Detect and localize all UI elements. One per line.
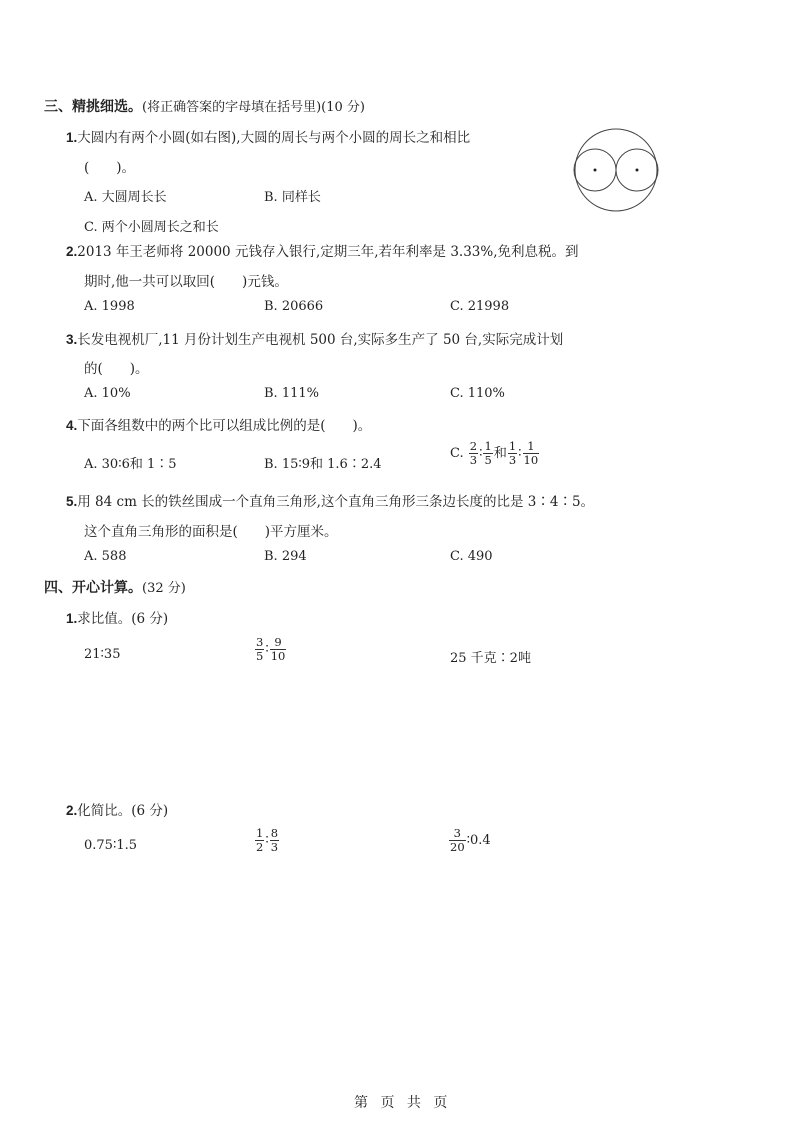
q2-number: 2. [66, 244, 77, 259]
q3-text: 长发电视机厂,11 月份计划生产电视机 500 台,实际多生产了 50 台,实际… [77, 332, 563, 348]
q1-line2: ( )。 [84, 156, 135, 176]
q1-number: 1. [66, 130, 77, 145]
ratio-rest: ∶0.4 [467, 833, 491, 848]
q5-text: 用 84 cm 长的铁丝围成一个直角三角形,这个直角三角形三条边长度的比是 3∶… [77, 494, 594, 510]
q4-option-b: B. 15∶9和 1.6∶2.4 [264, 453, 382, 472]
denominator: 10 [270, 650, 287, 663]
sub1-item-a: 21∶35 [84, 647, 120, 662]
denominator: 2 [255, 841, 264, 854]
center-dot-left [594, 169, 597, 172]
sub2-item-b: 12∶83 [254, 827, 280, 854]
q2-text: 2013 年王老师将 20000 元钱存入银行,定期三年,若年利率是 3.33%… [77, 244, 578, 260]
q2-option-c: C. 21998 [450, 299, 509, 314]
q1-text: 大圆内有两个小圆(如右图),大圆的周长与两个小圆的周长之和相比 [77, 130, 470, 146]
q3-line2: 的( )。 [84, 357, 149, 377]
sub2-number: 2. [66, 803, 77, 818]
denominator: 10 [523, 454, 540, 467]
q3-line1: 3.长发电视机厂,11 月份计划生产电视机 500 台,实际多生产了 50 台,… [66, 328, 563, 348]
numerator: 1 [255, 827, 264, 841]
sub2-title: 化简比。(6 分) [77, 803, 168, 819]
and-word: 和 [494, 446, 507, 461]
numerator: 3 [449, 827, 466, 841]
fraction: 12 [255, 827, 264, 854]
q5-line1: 5.用 84 cm 长的铁丝围成一个直角三角形,这个直角三角形三条边长度的比是 … [66, 490, 594, 510]
denominator: 3 [508, 454, 517, 467]
q2-line2: 期时,他一共可以取回( )元钱。 [84, 270, 288, 290]
sub2-item-c: 320∶0.4 [448, 827, 491, 854]
sub1-item-c: 25 千克∶2吨 [450, 647, 531, 666]
ratio-sign: ∶ [479, 446, 482, 461]
ratio-sign: ∶ [518, 446, 521, 461]
section-4-title: 四、开心计算。 [44, 580, 142, 596]
q2-option-b: B. 20666 [264, 299, 323, 314]
denominator: 3 [270, 841, 279, 854]
q1-line1: 1.大圆内有两个小圆(如右图),大圆的周长与两个小圆的周长之和相比 [66, 126, 470, 146]
denominator: 5 [483, 454, 492, 467]
numerator: 8 [270, 827, 279, 841]
q4-line1: 4.下面各组数中的两个比可以组成比例的是( )。 [66, 414, 371, 434]
fraction: 320 [449, 827, 466, 854]
q3-option-a: A. 10% [84, 386, 131, 401]
q4-text: 下面各组数中的两个比可以组成比例的是( )。 [77, 418, 371, 434]
q4-option-c: C. 23∶15和13∶110 [450, 440, 540, 467]
numerator: 1 [483, 440, 492, 454]
q3-number: 3. [66, 332, 77, 347]
section-3-title: 三、精挑细选。 [44, 99, 142, 115]
fraction: 23 [469, 440, 478, 467]
denominator: 20 [449, 841, 466, 854]
sub2-heading: 2.化简比。(6 分) [66, 799, 168, 819]
section-4-heading: 四、开心计算。(32 分) [44, 577, 186, 597]
q4-option-c-label: C. [450, 446, 464, 461]
page-footer: 第 页 共 页 [354, 1092, 451, 1112]
section-3-heading: 三、精挑细选。(将正确答案的字母填在括号里)(10 分) [44, 96, 365, 116]
sub2-item-a: 0.75∶1.5 [84, 838, 137, 853]
sub1-heading: 1.求比值。(6 分) [66, 607, 168, 627]
q2-line1: 2.2013 年王老师将 20000 元钱存入银行,定期三年,若年利率是 3.3… [66, 240, 579, 260]
denominator: 3 [469, 454, 478, 467]
q1-option-a: A. 大圆周长长 [84, 186, 167, 205]
q5-option-c: C. 490 [450, 549, 493, 564]
circles-figure [572, 124, 662, 220]
numerator: 2 [469, 440, 478, 454]
q5-option-a: A. 588 [84, 549, 126, 564]
q2-option-a: A. 1998 [84, 299, 135, 314]
numerator: 1 [508, 440, 517, 454]
q5-number: 5. [66, 494, 77, 509]
ratio-sign: ∶ [265, 833, 268, 848]
center-dot-right [636, 169, 639, 172]
q5-line2: 这个直角三角形的面积是( )平方厘米。 [84, 520, 338, 540]
fraction: 910 [270, 636, 287, 663]
sub1-title: 求比值。(6 分) [77, 611, 168, 627]
q1-option-c: C. 两个小圆周长之和长 [84, 216, 219, 235]
denominator: 5 [255, 650, 264, 663]
q3-option-b: B. 111% [264, 386, 319, 401]
numerator: 9 [270, 636, 287, 650]
q5-option-b: B. 294 [264, 549, 307, 564]
q1-option-b: B. 同样长 [264, 186, 321, 205]
fraction: 35 [255, 636, 264, 663]
q3-option-c: C. 110% [450, 386, 505, 401]
sub1-item-b: 35∶910 [254, 636, 287, 663]
fraction: 13 [508, 440, 517, 467]
q4-number: 4. [66, 418, 77, 433]
q4-option-a: A. 30∶6和 1∶5 [84, 453, 177, 472]
section-3-note: (将正确答案的字母填在括号里)(10 分) [142, 100, 365, 115]
numerator: 1 [523, 440, 540, 454]
ratio-sign: ∶ [265, 642, 268, 657]
numerator: 3 [255, 636, 264, 650]
fraction: 15 [483, 440, 492, 467]
section-4-note: (32 分) [142, 581, 186, 596]
fraction: 83 [270, 827, 279, 854]
fraction: 110 [523, 440, 540, 467]
sub1-number: 1. [66, 611, 77, 626]
